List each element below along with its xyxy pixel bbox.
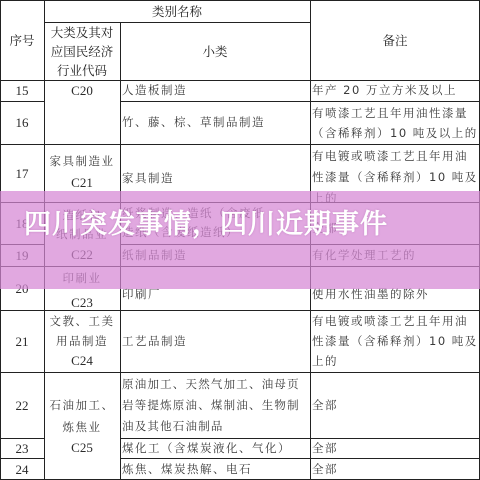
grid-line xyxy=(0,372,480,373)
minor-cell: 炼焦、煤炭热解、电石 xyxy=(120,458,310,480)
row-seq: 23 xyxy=(0,438,44,458)
row-seq: 16 xyxy=(0,101,44,144)
grid-line xyxy=(0,310,480,311)
major-group-c25: 石油加工、 炼焦业 C25 xyxy=(44,372,120,480)
major-name: 文教、工美 xyxy=(50,311,115,331)
minor-line: 原油加工、天然气加工、油母页 xyxy=(122,374,300,395)
remark-cell: 全部 xyxy=(310,458,480,480)
minor-line: 油及其他石油制品 xyxy=(122,416,224,437)
grid-line xyxy=(0,458,44,459)
banner-title: 四川突发事情，四川近期事件 xyxy=(24,196,388,246)
header-remark: 备注 xyxy=(310,0,480,80)
grid-line xyxy=(0,438,44,439)
major-group-c24: 文教、工美 用品制造 C24 xyxy=(44,310,120,372)
grid-line xyxy=(120,458,480,459)
row-seq: 21 xyxy=(0,310,44,372)
remark-cell: 有喷漆工艺且年用油性漆量 （含稀释剂）10 吨及以上的 xyxy=(310,101,480,144)
major-name: 炼焦业 xyxy=(63,416,102,438)
row-seq: 24 xyxy=(0,458,44,480)
row-seq: 15 xyxy=(0,80,44,101)
minor-line: 岩等提炼原油、煤制油、生物制 xyxy=(122,395,300,416)
remark-cell: 年产 20 万立方米及以上 xyxy=(310,80,480,101)
header-major-line: 大类及其对 xyxy=(51,23,114,42)
minor-cell: 煤化工（含煤炭液化、气化） xyxy=(120,438,310,458)
grid-line xyxy=(120,101,480,102)
remark-line: 有喷漆工艺且年用油性漆量 xyxy=(312,103,468,123)
major-name: 家具制造业 xyxy=(50,150,115,172)
major-name: 石油加工、 xyxy=(50,394,115,416)
minor-cell: 人造板制造 xyxy=(120,80,310,101)
remark-cell: 有电镀或喷漆工艺且年用油 性漆量（含稀释剂）10 吨及以 上的 xyxy=(310,310,480,372)
major-code: C20 xyxy=(71,81,93,100)
grid-line xyxy=(0,101,44,102)
header-minor: 小类 xyxy=(120,22,310,80)
remark-line: 性漆量（含稀释剂）10 吨及以 xyxy=(312,331,480,351)
major-code: C23 xyxy=(71,288,93,310)
remark-line: 上的 xyxy=(312,351,338,371)
grid-line xyxy=(0,0,480,1)
header-major-line: 行业代码 xyxy=(57,61,107,80)
remark-line: （含稀释剂）10 吨及以上的 xyxy=(312,123,478,143)
remark-cell: 全部 xyxy=(310,372,480,438)
minor-cell: 原油加工、天然气加工、油母页 岩等提炼原油、煤制油、生物制 油及其他石油制品 xyxy=(120,372,310,438)
remark-cell: 全部 xyxy=(310,438,480,458)
header-major-line: 应国民经济 xyxy=(51,42,114,61)
grid-line xyxy=(120,438,480,439)
header-major: 大类及其对 应国民经济 行业代码 xyxy=(44,22,120,80)
grid-line xyxy=(44,22,310,23)
major-code: C25 xyxy=(71,438,93,458)
minor-cell: 竹、藤、棕、草制品制造 xyxy=(120,101,310,144)
minor-cell: 工艺品制造 xyxy=(120,310,310,372)
major-code: C24 xyxy=(71,351,93,371)
major-name: 用品制造 xyxy=(56,331,108,351)
grid-line xyxy=(0,144,480,145)
remark-line: 有电镀或喷漆工艺且年用油 xyxy=(312,146,468,167)
header-category-group: 类别名称 xyxy=(44,0,310,22)
major-group-c20: C20 xyxy=(44,80,120,101)
header-seq: 序号 xyxy=(0,0,44,80)
remark-line: 性漆量（含稀释剂）10 吨及以 xyxy=(312,167,480,188)
remark-line: 有电镀或喷漆工艺且年用油 xyxy=(312,311,468,331)
row-seq: 22 xyxy=(0,372,44,438)
grid-line xyxy=(0,80,480,81)
